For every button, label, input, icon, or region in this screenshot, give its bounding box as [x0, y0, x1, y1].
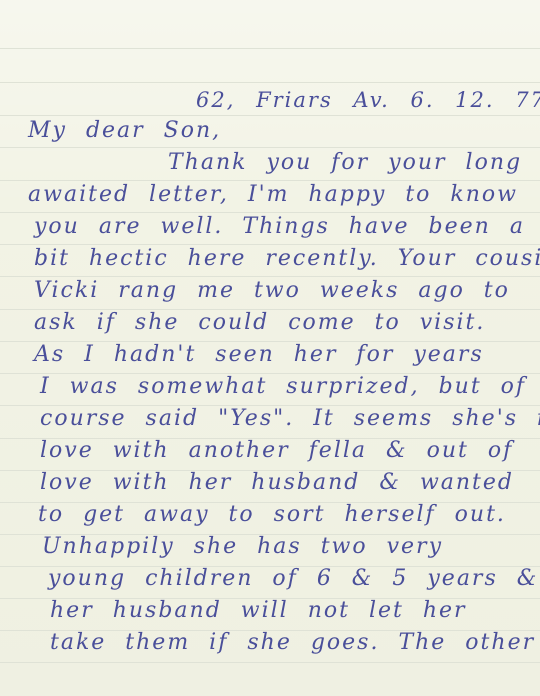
letter-line: love with her husband & wanted [40, 470, 514, 495]
ruled-line [0, 212, 540, 213]
ruled-line [0, 115, 540, 116]
letter-line: Unhappily she has two very [42, 534, 443, 559]
letter-line: bit hectic here recently. Your cousin [34, 246, 540, 271]
ruled-line [0, 662, 540, 663]
ruled-line [0, 244, 540, 245]
letter-line: to get away to sort herself out. [38, 502, 506, 527]
ruled-line [0, 276, 540, 277]
letter-line: As I hadn't seen her for years [34, 342, 484, 367]
ruled-line [0, 180, 540, 181]
letter-line: Vicki rang me two weeks ago to [34, 278, 510, 303]
letter-line: her husband will not let her [50, 598, 467, 623]
letter-line: love with another fella & out of [40, 438, 513, 463]
ruled-line [0, 147, 540, 148]
letter-line: Thank you for your long [168, 150, 522, 175]
letter-date: 6. 12. 77. [410, 88, 540, 112]
letter-line: awaited letter, I'm happy to know [28, 182, 518, 207]
ruled-line [0, 82, 540, 83]
ruled-line [0, 48, 540, 49]
letter-salutation: My dear Son, [28, 118, 221, 143]
letter-line: ask if she could come to visit. [34, 310, 485, 335]
letter-page: 62, Friars Av. 6. 12. 77. My dear Son, T… [0, 0, 540, 696]
letter-line: young children of 6 & 5 years & [48, 566, 538, 591]
letter-header: 62, Friars Av. 6. 12. 77. [196, 88, 540, 112]
letter-line: take them if she goes. The other [50, 630, 535, 655]
letter-address: 62, Friars Av. [196, 88, 390, 112]
letter-line: you are well. Things have been a [34, 214, 525, 239]
letter-line: I was somewhat surprized, but of [40, 374, 526, 399]
letter-line: course said "Yes". It seems she's in [40, 406, 540, 431]
